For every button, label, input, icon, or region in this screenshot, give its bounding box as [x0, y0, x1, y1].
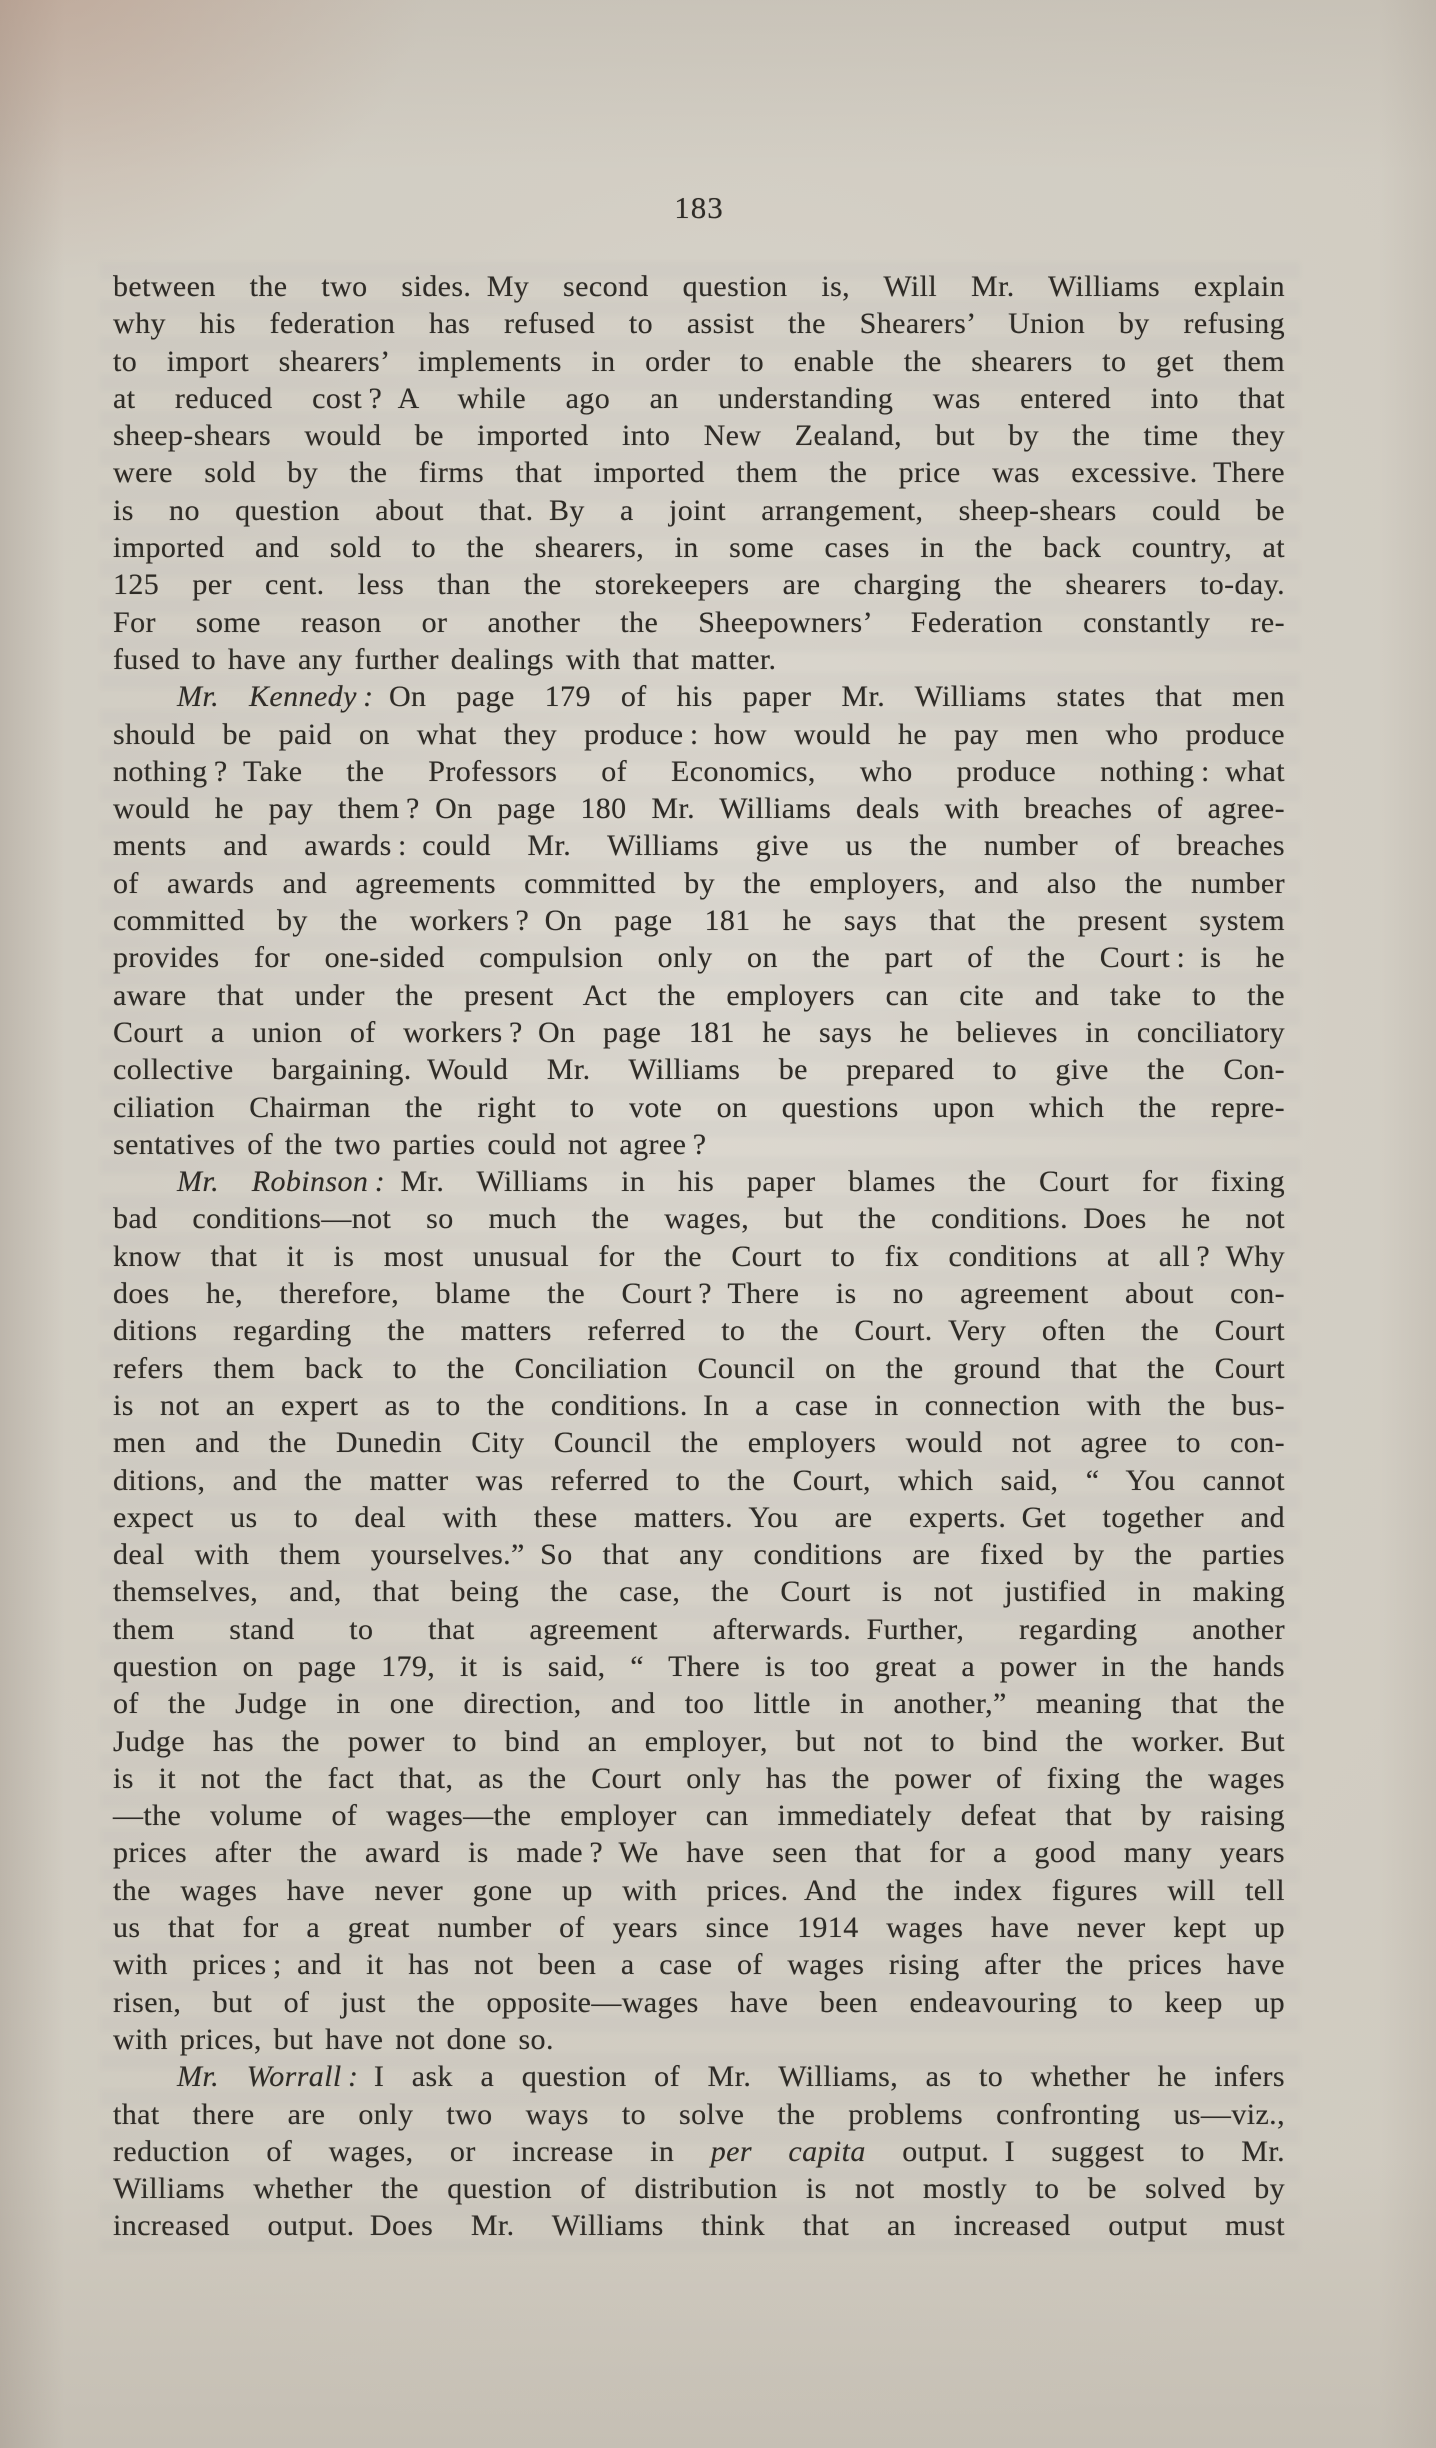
text-run: deal with them yourselves.” So that any … — [113, 1538, 1285, 1571]
text-run: Judge has the power to bind an employer,… — [113, 1725, 1285, 1758]
text-line: why his federation has refused to assist… — [113, 305, 1285, 342]
paragraph: between the two sides. My second questio… — [113, 268, 1285, 678]
text-run: collective bargaining. Would Mr. William… — [113, 1053, 1285, 1086]
text-line: to import shearers’ implements in order … — [113, 343, 1285, 380]
page-number: 183 — [113, 190, 1285, 226]
text-run: of awards and agreements committed by th… — [113, 867, 1285, 900]
text-run: with prices, but have not done so. — [113, 2023, 554, 2056]
text-line: committed by the workers ? On page 181 h… — [113, 902, 1285, 939]
text-run: For some reason or another the Sheepowne… — [113, 606, 1285, 639]
text-line: question on page 179, it is said, “ Ther… — [113, 1648, 1285, 1685]
text-line: them stand to that agreement afterwards.… — [113, 1611, 1285, 1648]
text-run: at reduced cost ? A while ago an underst… — [113, 382, 1285, 415]
text-run: is no question about that. By a joint ar… — [113, 494, 1285, 527]
text-line: Williams whether the question of distrib… — [113, 2170, 1285, 2207]
text-line: —the volume of wages—the employer can im… — [113, 1797, 1285, 1834]
text-line: refers them back to the Conciliation Cou… — [113, 1350, 1285, 1387]
text-run: ments and awards : could Mr. Williams gi… — [113, 829, 1285, 862]
text-line: of awards and agreements committed by th… — [113, 865, 1285, 902]
text-run: them stand to that agreement afterwards.… — [113, 1613, 1285, 1646]
text-line: between the two sides. My second questio… — [113, 268, 1285, 305]
paragraph: Mr. Worrall : I ask a question of Mr. Wi… — [113, 2058, 1285, 2244]
text-line: us that for a great number of years sinc… — [113, 1909, 1285, 1946]
text-run: why his federation has refused to assist… — [113, 307, 1285, 340]
text-line: at reduced cost ? A while ago an underst… — [113, 380, 1285, 417]
text-line: Judge has the power to bind an employer,… — [113, 1723, 1285, 1760]
text-run: between the two sides. My second questio… — [113, 270, 1285, 303]
text-line: For some reason or another the Sheepowne… — [113, 604, 1285, 641]
text-line: with prices ; and it has not been a case… — [113, 1946, 1285, 1983]
text-run: imported and sold to the shearers, in so… — [113, 531, 1285, 564]
text-run: ditions, and the matter was referred to … — [113, 1464, 1285, 1497]
text-line: is it not the fact that, as the Court on… — [113, 1760, 1285, 1797]
text-run: men and the Dunedin City Council the emp… — [113, 1426, 1285, 1459]
text-run: does he, therefore, blame the Court ? Th… — [113, 1277, 1285, 1310]
text-run: fused to have any further dealings with … — [113, 643, 776, 676]
italic-text-run: Mr. Robinson : — [177, 1165, 385, 1198]
text-run: Mr. Williams in his paper blames the Cou… — [385, 1165, 1285, 1198]
text-run: Court a union of workers ? On page 181 h… — [113, 1016, 1285, 1049]
text-line: deal with them yourselves.” So that any … — [113, 1536, 1285, 1573]
text-line: aware that under the present Act the emp… — [113, 977, 1285, 1014]
text-line: sheep-shears would be imported into New … — [113, 417, 1285, 454]
text-line: provides for one-sided compulsion only o… — [113, 939, 1285, 976]
text-run: is it not the fact that, as the Court on… — [113, 1762, 1285, 1795]
text-line: expect us to deal with these matters. Yo… — [113, 1499, 1285, 1536]
text-line: is no question about that. By a joint ar… — [113, 492, 1285, 529]
text-line: ditions regarding the matters referred t… — [113, 1312, 1285, 1349]
text-run: would he pay them ? On page 180 Mr. Will… — [113, 792, 1285, 825]
text-run: provides for one-sided compulsion only o… — [113, 941, 1285, 974]
text-run: know that it is most unusual for the Cou… — [113, 1240, 1285, 1273]
text-run: nothing ? Take the Professors of Economi… — [113, 755, 1285, 788]
text-run: the wages have never gone up with prices… — [113, 1874, 1285, 1907]
text-line: with prices, but have not done so. — [113, 2021, 1285, 2058]
text-line: should be paid on what they produce : ho… — [113, 716, 1285, 753]
scanned-book-page: 183 between the two sides. My second que… — [0, 0, 1436, 2448]
text-run: sentatives of the two parties could not … — [113, 1128, 706, 1161]
page-text: between the two sides. My second questio… — [113, 268, 1285, 2245]
text-line: increased output. Does Mr. Williams thin… — [113, 2207, 1285, 2244]
text-run: risen, but of just the opposite—wages ha… — [113, 1986, 1285, 2019]
text-run: aware that under the present Act the emp… — [113, 979, 1285, 1012]
text-line: know that it is most unusual for the Cou… — [113, 1238, 1285, 1275]
text-line: themselves, and, that being the case, th… — [113, 1573, 1285, 1610]
text-line: nothing ? Take the Professors of Economi… — [113, 753, 1285, 790]
text-run: On page 179 of his paper Mr. Williams st… — [374, 680, 1285, 713]
text-run: —the volume of wages—the employer can im… — [113, 1799, 1285, 1832]
text-run: prices after the award is made ? We have… — [113, 1836, 1285, 1869]
text-line: is not an expert as to the conditions. I… — [113, 1387, 1285, 1424]
text-line: that there are only two ways to solve th… — [113, 2096, 1285, 2133]
text-run: Williams whether the question of distrib… — [113, 2172, 1285, 2205]
text-line: Court a union of workers ? On page 181 h… — [113, 1014, 1285, 1051]
text-line: ments and awards : could Mr. Williams gi… — [113, 827, 1285, 864]
text-run: of the Judge in one direction, and too l… — [113, 1687, 1285, 1720]
text-line: ditions, and the matter was referred to … — [113, 1462, 1285, 1499]
text-line: collective bargaining. Would Mr. William… — [113, 1051, 1285, 1088]
text-line: the wages have never gone up with prices… — [113, 1872, 1285, 1909]
text-run: should be paid on what they produce : ho… — [113, 718, 1285, 751]
text-run: bad conditions—not so much the wages, bu… — [113, 1202, 1285, 1235]
text-line: Mr. Worrall : I ask a question of Mr. Wi… — [113, 2058, 1285, 2095]
text-run: output. I suggest to Mr. — [866, 2135, 1285, 2168]
text-run: question on page 179, it is said, “ Ther… — [113, 1650, 1285, 1683]
paragraph: Mr. Robinson : Mr. Williams in his paper… — [113, 1163, 1285, 2058]
italic-text-run: Mr. Worrall : — [177, 2060, 358, 2093]
text-line: does he, therefore, blame the Court ? Th… — [113, 1275, 1285, 1312]
text-run: increased output. Does Mr. Williams thin… — [113, 2209, 1285, 2242]
text-line: were sold by the firms that imported the… — [113, 454, 1285, 491]
text-run: I ask a question of Mr. Williams, as to … — [358, 2060, 1285, 2093]
text-line: risen, but of just the opposite—wages ha… — [113, 1984, 1285, 2021]
text-line: would he pay them ? On page 180 Mr. Will… — [113, 790, 1285, 827]
text-line: imported and sold to the shearers, in so… — [113, 529, 1285, 566]
italic-text-run: per capita — [711, 2135, 866, 2168]
text-line: bad conditions—not so much the wages, bu… — [113, 1200, 1285, 1237]
text-line: reduction of wages, or increase in per c… — [113, 2133, 1285, 2170]
text-run: themselves, and, that being the case, th… — [113, 1575, 1285, 1608]
text-line: men and the Dunedin City Council the emp… — [113, 1424, 1285, 1461]
text-run: reduction of wages, or increase in — [113, 2135, 711, 2168]
italic-text-run: Mr. Kennedy : — [177, 680, 374, 713]
paragraph: Mr. Kennedy : On page 179 of his paper M… — [113, 678, 1285, 1163]
text-run: refers them back to the Conciliation Cou… — [113, 1352, 1285, 1385]
text-run: committed by the workers ? On page 181 h… — [113, 904, 1285, 937]
text-line: fused to have any further dealings with … — [113, 641, 1285, 678]
text-run: that there are only two ways to solve th… — [113, 2098, 1285, 2131]
text-run: 125 per cent. less than the storekeepers… — [113, 568, 1285, 601]
text-line: of the Judge in one direction, and too l… — [113, 1685, 1285, 1722]
text-run: us that for a great number of years sinc… — [113, 1911, 1285, 1944]
text-run: expect us to deal with these matters. Yo… — [113, 1501, 1285, 1534]
text-run: ciliation Chairman the right to vote on … — [113, 1091, 1285, 1124]
text-run: were sold by the firms that imported the… — [113, 456, 1285, 489]
text-run: with prices ; and it has not been a case… — [113, 1948, 1285, 1981]
text-line: sentatives of the two parties could not … — [113, 1126, 1285, 1163]
text-run: to import shearers’ implements in order … — [113, 345, 1285, 378]
text-line: ciliation Chairman the right to vote on … — [113, 1089, 1285, 1126]
text-line: 125 per cent. less than the storekeepers… — [113, 566, 1285, 603]
text-line: Mr. Kennedy : On page 179 of his paper M… — [113, 678, 1285, 715]
text-line: prices after the award is made ? We have… — [113, 1834, 1285, 1871]
text-line: Mr. Robinson : Mr. Williams in his paper… — [113, 1163, 1285, 1200]
text-run: sheep-shears would be imported into New … — [113, 419, 1285, 452]
text-run: is not an expert as to the conditions. I… — [113, 1389, 1285, 1422]
text-run: ditions regarding the matters referred t… — [113, 1314, 1285, 1347]
